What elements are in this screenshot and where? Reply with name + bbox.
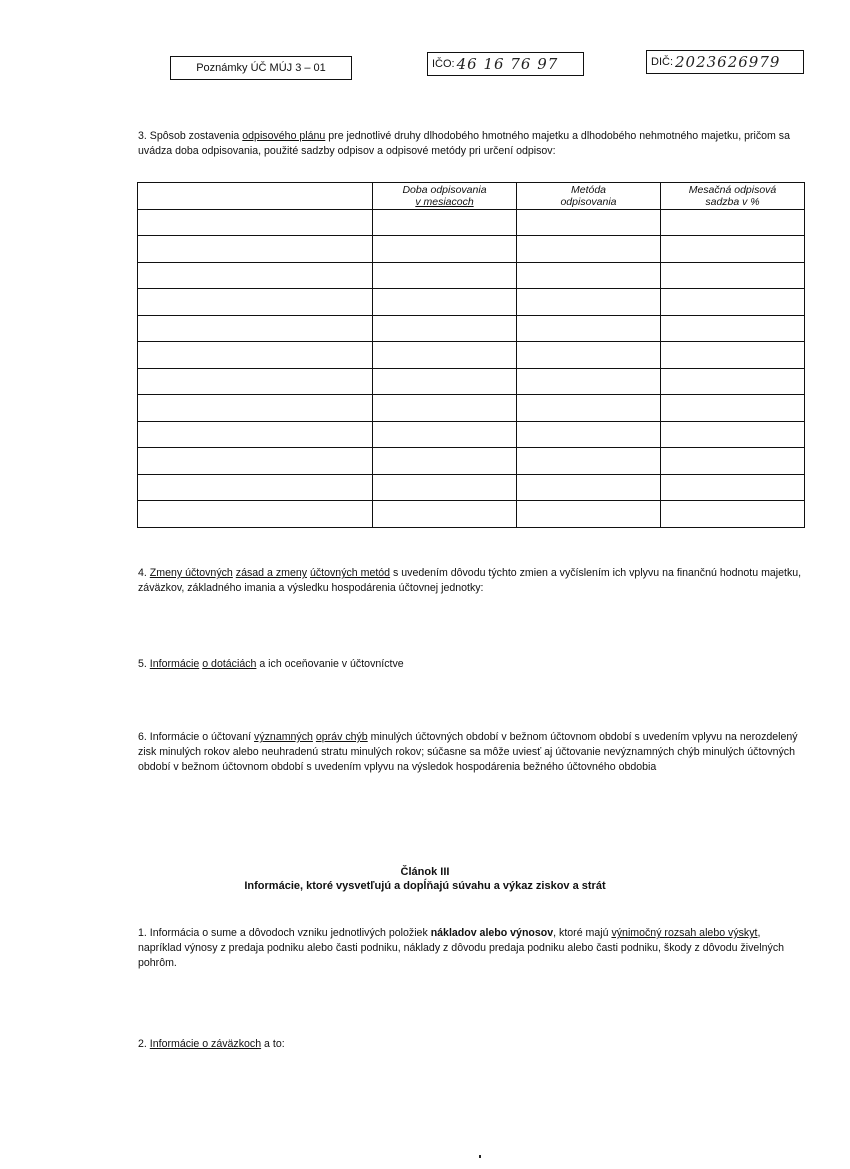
table-cell[interactable] <box>661 448 805 475</box>
table-cell[interactable] <box>661 342 805 369</box>
table-row <box>138 474 805 501</box>
section-4-text: 4. Zmeny účtovných zásad a zmeny účtovný… <box>138 566 806 596</box>
form-label-box: Poznámky ÚČ MÚJ 3 – 01 <box>170 56 352 80</box>
table-cell[interactable] <box>517 209 661 236</box>
table-cell[interactable] <box>138 474 373 501</box>
table-cell[interactable] <box>661 421 805 448</box>
dic-label: DIČ: <box>651 56 673 68</box>
table-cell[interactable] <box>138 368 373 395</box>
table-row <box>138 289 805 316</box>
table-cell[interactable] <box>517 368 661 395</box>
table-cell[interactable] <box>138 421 373 448</box>
table-row <box>138 315 805 342</box>
table-cell[interactable] <box>373 368 517 395</box>
table-row <box>138 342 805 369</box>
table-cell[interactable] <box>373 262 517 289</box>
table-cell[interactable] <box>517 474 661 501</box>
table-cell[interactable] <box>517 236 661 263</box>
scan-speck <box>479 1155 481 1158</box>
table-row <box>138 395 805 422</box>
form-label: Poznámky ÚČ MÚJ 3 – 01 <box>196 62 326 74</box>
table-row <box>138 236 805 263</box>
table-cell[interactable] <box>138 289 373 316</box>
table-cell[interactable] <box>138 395 373 422</box>
article-title: Článok III <box>0 866 850 878</box>
table-row <box>138 368 805 395</box>
table-cell[interactable] <box>138 262 373 289</box>
table-cell[interactable] <box>661 236 805 263</box>
table-cell[interactable] <box>373 315 517 342</box>
table-header-row: Doba odpisovania v mesiacoch Metóda odpi… <box>138 183 805 210</box>
table-row <box>138 501 805 528</box>
ico-label: IČO: <box>432 58 455 70</box>
table-cell[interactable] <box>517 501 661 528</box>
ico-box: IČO: 46 16 76 97 <box>427 52 584 76</box>
table-cell[interactable] <box>517 315 661 342</box>
ico-value[interactable]: 46 16 76 97 <box>457 55 559 73</box>
table-cell[interactable] <box>661 395 805 422</box>
table-cell[interactable] <box>517 421 661 448</box>
table-row <box>138 262 805 289</box>
table-cell[interactable] <box>661 368 805 395</box>
article-3-item-2: 2. Informácie o záväzkoch a to: <box>138 1037 806 1052</box>
table-cell[interactable] <box>138 209 373 236</box>
table-cell[interactable] <box>373 501 517 528</box>
table-cell[interactable] <box>138 315 373 342</box>
table-cell[interactable] <box>517 289 661 316</box>
table-cell[interactable] <box>373 236 517 263</box>
table-cell[interactable] <box>373 474 517 501</box>
dic-value[interactable]: 2023626979 <box>675 53 780 71</box>
table-cell[interactable] <box>661 501 805 528</box>
table-cell[interactable] <box>373 395 517 422</box>
table-cell[interactable] <box>661 289 805 316</box>
column-header-depreciation-period: Doba odpisovania v mesiacoch <box>373 183 517 210</box>
article-subtitle: Informácie, ktoré vysvetľujú a dopĺňajú … <box>0 880 850 892</box>
table-row <box>138 448 805 475</box>
dic-box: DIČ: 2023626979 <box>646 50 804 74</box>
column-header-asset-type <box>138 183 373 210</box>
table-cell[interactable] <box>661 474 805 501</box>
table-cell[interactable] <box>138 236 373 263</box>
table-cell[interactable] <box>373 342 517 369</box>
table-cell[interactable] <box>373 448 517 475</box>
table-cell[interactable] <box>517 448 661 475</box>
table-cell[interactable] <box>661 315 805 342</box>
table-cell[interactable] <box>517 342 661 369</box>
column-header-monthly-rate: Mesačná odpisová sadzba v % <box>661 183 805 210</box>
section-6-text: 6. Informácie o účtovaní významných oprá… <box>138 730 806 775</box>
article-3-item-1: 1. Informácia o sume a dôvodoch vzniku j… <box>138 926 806 971</box>
table-cell[interactable] <box>661 262 805 289</box>
table-cell[interactable] <box>517 262 661 289</box>
depreciation-plan-term: odpisového plánu <box>242 130 325 142</box>
table-cell[interactable] <box>373 421 517 448</box>
table-row <box>138 209 805 236</box>
section-3-text: 3. Spôsob zostavenia odpisového plánu pr… <box>138 129 806 159</box>
depreciation-table: Doba odpisovania v mesiacoch Metóda odpi… <box>137 182 805 528</box>
table-cell[interactable] <box>373 289 517 316</box>
table-row <box>138 421 805 448</box>
table-cell[interactable] <box>138 342 373 369</box>
column-header-depreciation-method: Metóda odpisovania <box>517 183 661 210</box>
table-cell[interactable] <box>138 501 373 528</box>
section-5-text: 5. Informácie o dotáciách a ich oceňovan… <box>138 657 806 672</box>
table-cell[interactable] <box>661 209 805 236</box>
table-cell[interactable] <box>373 209 517 236</box>
table-cell[interactable] <box>138 448 373 475</box>
table-cell[interactable] <box>517 395 661 422</box>
